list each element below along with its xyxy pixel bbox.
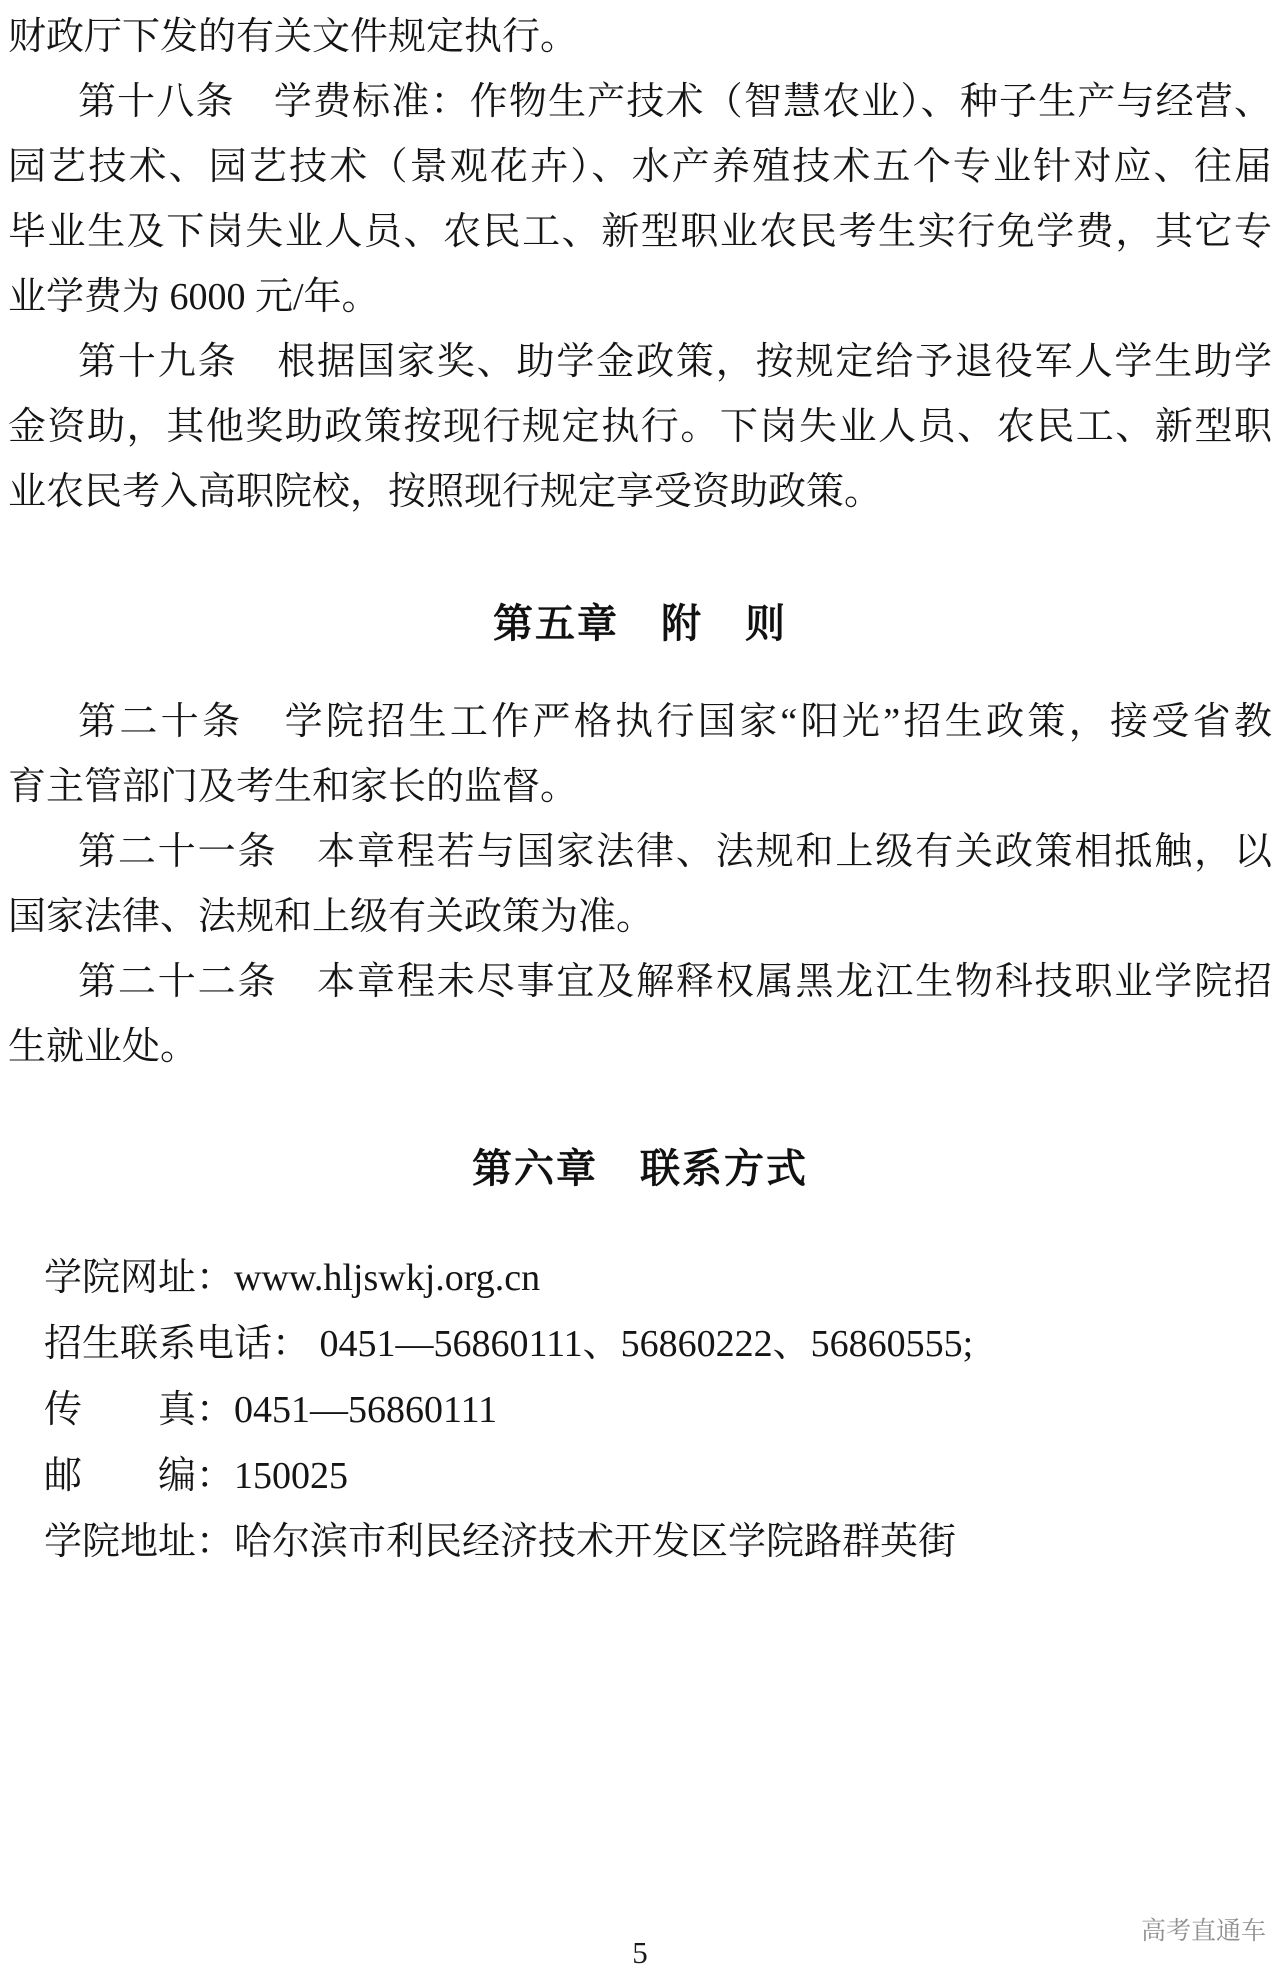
contact-website-line: 学院网址：www.hljswkj.org.cn	[8, 1245, 1272, 1311]
article-22-line: 第二十二条 本章程未尽事宜及解释权属黑龙江生物科技职业学院招	[8, 950, 1272, 1015]
article-18-line: 毕业生及下岗失业人员、农民工、新型职业农民考生实行免学费，其它专	[8, 200, 1272, 265]
document-body: 财政厅下发的有关文件规定执行。 第十八条 学费标准：作物生产技术（智慧农业）、种…	[0, 0, 1280, 1575]
article-18-line: 第十八条 学费标准：作物生产技术（智慧农业）、种子生产与经营、	[8, 70, 1272, 135]
contact-address-line: 学院地址：哈尔滨市利民经济技术开发区学院路群英街	[8, 1509, 1272, 1575]
article-21-line: 第二十一条 本章程若与国家法律、法规和上级有关政策相抵触，以	[8, 820, 1272, 885]
article-20-line: 第二十条 学院招生工作严格执行国家“阳光”招生政策，接受省教	[8, 690, 1272, 755]
article-21-line: 国家法律、法规和上级有关政策为准。	[8, 885, 1272, 950]
chapter-6-heading: 第六章 联系方式	[8, 1145, 1272, 1193]
article-19-line: 第十九条 根据国家奖、助学金政策，按规定给予退役军人学生助学	[8, 330, 1272, 395]
article-20-line: 育主管部门及考生和家长的监督。	[8, 755, 1272, 820]
contact-phone-line: 招生联系电话： 0451—56860111、56860222、56860555;	[8, 1311, 1272, 1377]
chapter-5-heading: 第五章 附 则	[8, 600, 1272, 648]
article-19-line: 业农民考入高职院校，按照现行规定享受资助政策。	[8, 460, 1272, 525]
document-page: 财政厅下发的有关文件规定执行。 第十八条 学费标准：作物生产技术（智慧农业）、种…	[0, 0, 1280, 1973]
paragraph-continuation-line: 财政厅下发的有关文件规定执行。	[8, 5, 1272, 70]
contact-fax-line: 传 真：0451—56860111	[8, 1377, 1272, 1443]
article-18-line: 园艺技术、园艺技术（景观花卉）、水产养殖技术五个专业针对应、往届	[8, 135, 1272, 200]
page-number: 5	[0, 1935, 1280, 1971]
article-22-line: 生就业处。	[8, 1015, 1272, 1080]
article-18-line: 业学费为 6000 元/年。	[8, 265, 1272, 330]
contact-postcode-line: 邮 编：150025	[8, 1443, 1272, 1509]
article-19-line: 金资助，其他奖助政策按现行规定执行。下岗失业人员、农民工、新型职	[8, 395, 1272, 460]
